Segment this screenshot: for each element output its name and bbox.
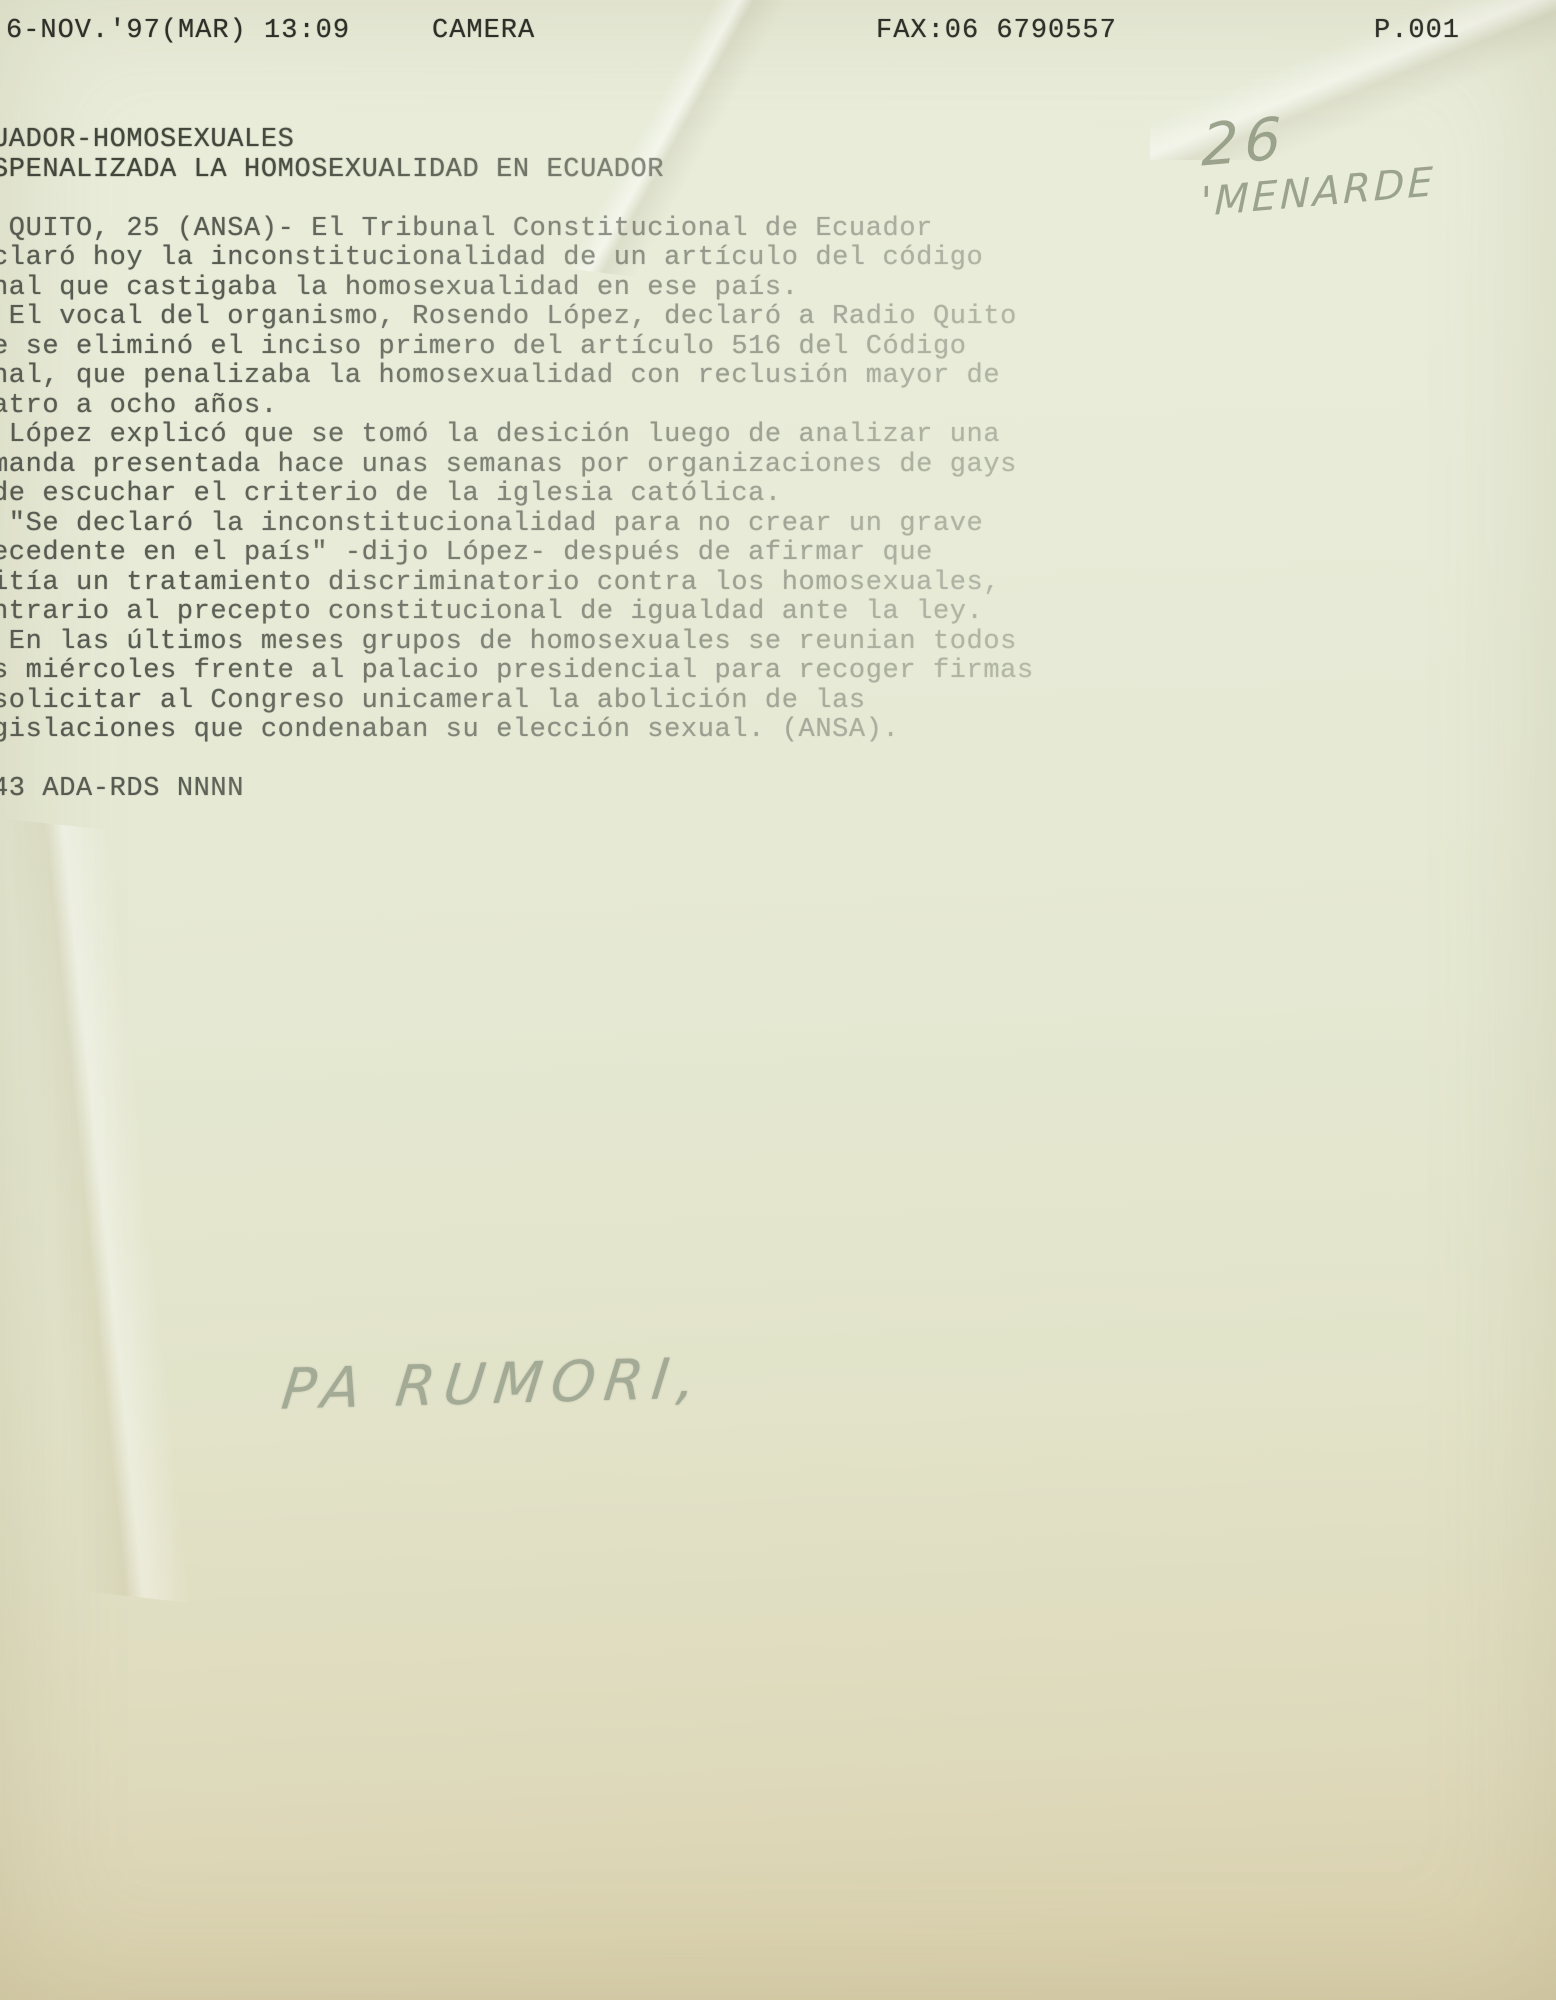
fax-header-number: FAX:06 6790557 — [876, 16, 1117, 46]
telex-line: "Se declaró la inconstitucionalidad para… — [0, 510, 1034, 540]
telex-line: nal que castigaba la homosexualidad en e… — [0, 274, 1034, 304]
telex-line: atro a ocho años. — [0, 392, 1034, 422]
telex-footer-line: 43 ADA-RDS NNNN — [0, 775, 1034, 805]
telex-line: e se eliminó el inciso primero del artíc… — [0, 333, 1034, 363]
handwritten-number: 26 — [1201, 104, 1288, 180]
telex-line: ntrario al precepto constitucional de ig… — [0, 598, 1034, 628]
fax-page: 6-NOV.'97(MAR) 13:09 CAMERA FAX:06 67905… — [0, 0, 1556, 2000]
telex-line: manda presentada hace unas semanas por o… — [0, 451, 1034, 481]
fax-header-terminal: CAMERA — [432, 16, 535, 46]
telex-line: s miércoles frente al palacio presidenci… — [0, 657, 1034, 687]
handwritten-note-top-right: 26 'MENARDE — [1137, 44, 1438, 277]
telex-line: gislaciones que condenaban su elección s… — [0, 716, 1034, 746]
telex-line: itía un tratamiento discriminatorio cont… — [0, 569, 1034, 599]
paper-crease — [0, 816, 279, 1603]
telex-blank-line — [0, 185, 1034, 215]
telex-blank-line — [0, 746, 1034, 776]
telex-line: solicitar al Congreso unicameral la abol… — [0, 687, 1034, 717]
telex-line: López explicó que se tomó la desición lu… — [0, 421, 1034, 451]
handwritten-note-center: PA RUMORI, — [278, 1346, 708, 1422]
telex-body: UADOR-HOMOSEXUALES SPENALIZADA LA HOMOSE… — [0, 126, 1034, 805]
telex-line: de escuchar el criterio de la iglesia ca… — [0, 480, 1034, 510]
telex-line: claró hoy la inconstitucionalidad de un … — [0, 244, 1034, 274]
telex-line: nal, que penalizaba la homosexualidad co… — [0, 362, 1034, 392]
telex-line: ecedente en el país" -dijo López- despué… — [0, 539, 1034, 569]
telex-line: El vocal del organismo, Rosendo López, d… — [0, 303, 1034, 333]
telex-line: QUITO, 25 (ANSA)- El Tribunal Constituci… — [0, 215, 1034, 245]
fax-header-datetime: 6-NOV.'97(MAR) 13:09 — [6, 16, 350, 46]
telex-line: En las últimos meses grupos de homosexua… — [0, 628, 1034, 658]
telex-headline: SPENALIZADA LA HOMOSEXUALIDAD EN ECUADOR — [0, 156, 1034, 186]
telex-slug-line: UADOR-HOMOSEXUALES — [0, 126, 1034, 156]
fax-header-page-number: P.001 — [1374, 16, 1460, 46]
